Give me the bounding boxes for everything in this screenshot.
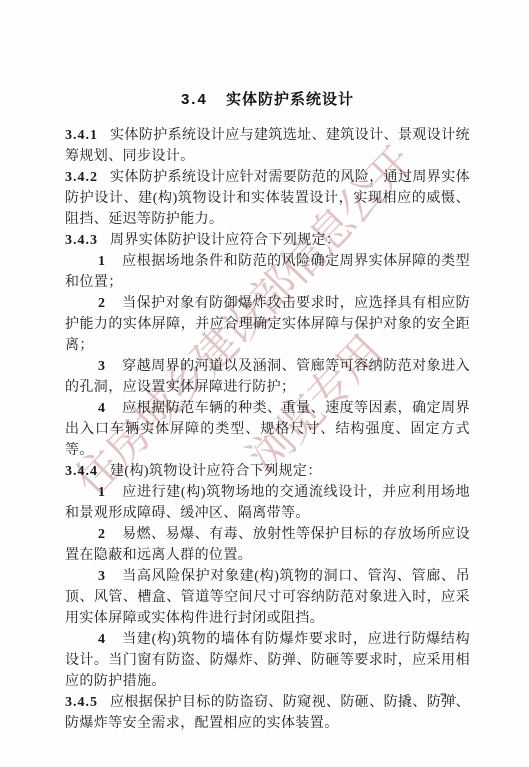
list-item: 1应根据场地条件和防范的风险确定周界实体屏障的类型和位置； <box>65 251 470 293</box>
clause-text: 周界实体防护设计应符合下列规定： <box>110 233 340 248</box>
clause-list: 3.4.1实体防护系统设计应与建筑选址、建筑设计、景观设计统筹规划、同步设计。3… <box>65 125 470 734</box>
clause-number: 3.4.2 <box>65 170 98 185</box>
clause-text: 应根据防范车辆的种类、重量、速度等因素，确定周界出入口车辆实体屏障的类型、规格尺… <box>65 401 470 458</box>
list-item: 4应根据防范车辆的种类、重量、速度等因素，确定周界出入口车辆实体屏障的类型、规格… <box>65 398 470 461</box>
clause-number: 2 <box>98 296 106 311</box>
clause-paragraph: 3.4.4建(构)筑物设计应符合下列规定： <box>65 461 470 482</box>
clause-text: 当保护对象有防御爆炸攻击要求时，应选择具有相应防护能力的实体屏障，并应合理确定实… <box>65 296 470 353</box>
document-page: 住房城乡建设部信息公开 浏览专用 3.4 实体防护系统设计 3.4.1实体防护系… <box>0 0 529 767</box>
list-item: 1应进行建(构)筑物场地的交通流线设计，并应利用场地和景观形成障碍、缓冲区、隔离… <box>65 482 470 524</box>
section-title: 3.4 实体防护系统设计 <box>65 88 470 109</box>
list-item: 4当建(构)筑物的墙体有防爆炸要求时，应进行防爆结构设计。当门窗有防盗、防爆炸、… <box>65 629 470 692</box>
clause-number: 4 <box>98 632 106 647</box>
clause-number: 2 <box>98 527 106 542</box>
clause-text: 实体防护系统设计应与建筑选址、建筑设计、景观设计统筹规划、同步设计。 <box>65 128 470 164</box>
clause-text: 易燃、易爆、有毒、放射性等保护目标的存放场所应设置在隐蔽和远离人群的位置。 <box>65 527 470 563</box>
clause-text: 建(构)筑物设计应符合下列规定： <box>110 464 322 479</box>
list-item: 2易燃、易爆、有毒、放射性等保护目标的存放场所应设置在隐蔽和远离人群的位置。 <box>65 524 470 566</box>
clause-paragraph: 3.4.2实体防护系统设计应针对需要防范的风险，通过周界实体防护设计、建(构)筑… <box>65 167 470 230</box>
clause-number: 3 <box>98 359 106 374</box>
clause-paragraph: 3.4.3周界实体防护设计应符合下列规定： <box>65 230 470 251</box>
footer-right-dot: · <box>453 692 457 704</box>
section-number: 3.4 <box>181 91 208 108</box>
clause-number: 1 <box>98 485 106 500</box>
clause-number: 3.4.1 <box>65 128 98 143</box>
clause-text: 穿越周界的河道以及涵洞、管廊等可容纳防范对象进入的孔洞，应设置实体屏障进行防护； <box>65 359 470 395</box>
page-content: 3.4 实体防护系统设计 3.4.1实体防护系统设计应与建筑选址、建筑设计、景观… <box>65 88 470 734</box>
page-number: 7 <box>440 690 447 706</box>
list-item: 3穿越周界的河道以及涵洞、管廊等可容纳防范对象进入的孔洞，应设置实体屏障进行防护… <box>65 356 470 398</box>
clause-number: 3.4.4 <box>65 464 98 479</box>
clause-paragraph: 3.4.1实体防护系统设计应与建筑选址、建筑设计、景观设计统筹规划、同步设计。 <box>65 125 470 167</box>
clause-number: 1 <box>98 254 106 269</box>
clause-text: 当高风险保护对象建(构)筑物的洞口、管沟、管廊、吊顶、风管、槽盒、管道等空间尺寸… <box>65 569 470 626</box>
clause-text: 应进行建(构)筑物场地的交通流线设计，并应利用场地和景观形成障碍、缓冲区、隔离带… <box>65 485 470 521</box>
page-footer: ·7· <box>65 690 457 706</box>
section-title-text: 实体防护系统设计 <box>226 91 354 108</box>
clause-text: 当建(构)筑物的墙体有防爆炸要求时，应进行防爆结构设计。当门窗有防盗、防爆炸、防… <box>65 632 470 689</box>
footer-left-dot: · <box>429 692 433 704</box>
clause-number: 4 <box>98 401 106 416</box>
list-item: 3当高风险保护对象建(构)筑物的洞口、管沟、管廊、吊顶、风管、槽盒、管道等空间尺… <box>65 566 470 629</box>
clause-number: 3 <box>98 569 106 584</box>
clause-text: 实体防护系统设计应针对需要防范的风险，通过周界实体防护设计、建(构)筑物设计和实… <box>65 170 470 227</box>
clause-number: 3.4.3 <box>65 233 98 248</box>
clause-text: 应根据场地条件和防范的风险确定周界实体屏障的类型和位置； <box>65 254 470 290</box>
list-item: 2当保护对象有防御爆炸攻击要求时，应选择具有相应防护能力的实体屏障，并应合理确定… <box>65 293 470 356</box>
